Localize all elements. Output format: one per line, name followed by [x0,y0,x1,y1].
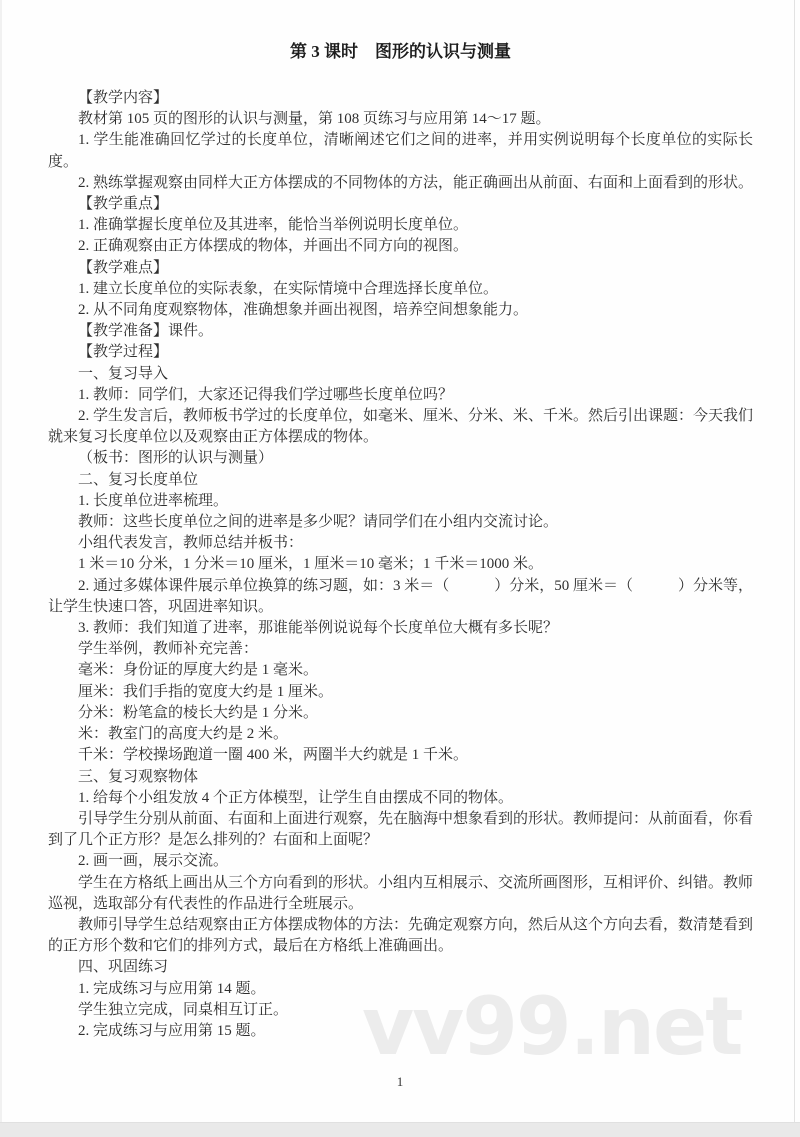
paragraph: 2. 从不同角度观察物体，准确想象并画出视图，培养空间想象能力。 [48,300,753,321]
paragraph: 学生独立完成，同桌相互订正。 [48,1000,753,1021]
document-page: vv99.net 第 3 课时 图形的认识与测量 【教学内容】教材第 105 页… [0,0,800,1137]
paragraph: 【教学过程】 [48,342,753,363]
paragraph: 1. 完成练习与应用第 14 题。 [48,979,753,1000]
paragraph: （板书：图形的认识与测量） [48,448,753,469]
paragraph: 米：教室门的高度大约是 2 米。 [48,724,753,745]
paragraph: 【教学难点】 [48,258,753,279]
paragraph: 1. 教师：同学们，大家还记得我们学过哪些长度单位吗？ [48,385,753,406]
paragraph: 1 米＝10 分米，1 分米＝10 厘米，1 厘米＝10 毫米；1 千米＝100… [48,554,753,575]
paragraph: 分米：粉笔盒的棱长大约是 1 分米。 [48,703,753,724]
paragraph: 一、复习导入 [48,364,753,385]
paragraph: 教材第 105 页的图形的认识与测量，第 108 页练习与应用第 14～17 题… [48,109,753,130]
paragraph: 四、巩固练习 [48,957,753,978]
paragraph: 3. 教师：我们知道了进率，那谁能举例说说每个长度单位大概有多长呢？ [48,618,753,639]
paragraph: 引导学生分别从前面、右面和上面进行观察，先在脑海中想象看到的形状。教师提问：从前… [48,809,753,851]
document-content: 第 3 课时 图形的认识与测量 【教学内容】教材第 105 页的图形的认识与测量… [0,0,800,1042]
document-body: 【教学内容】教材第 105 页的图形的认识与测量，第 108 页练习与应用第 1… [48,88,753,1042]
page-number: 1 [0,1074,800,1090]
paragraph: 厘米：我们手指的宽度大约是 1 厘米。 [48,682,753,703]
paragraph: 1. 长度单位进率梳理。 [48,491,753,512]
paragraph: 学生在方格纸上画出从三个方向看到的形状。小组内互相展示、交流所画图形，互相评价、… [48,873,753,915]
paragraph: 三、复习观察物体 [48,767,753,788]
paragraph: 1. 建立长度单位的实际表象，在实际情境中合理选择长度单位。 [48,279,753,300]
paragraph: 二、复习长度单位 [48,470,753,491]
footer-bar [0,1122,800,1137]
paragraph: 【教学准备】课件。 [48,321,753,342]
page-title: 第 3 课时 图形的认识与测量 [48,40,753,64]
paragraph: 2. 学生发言后，教师板书学过的长度单位，如毫米、厘米、分米、米、千米。然后引出… [48,406,753,448]
paragraph: 教师：这些长度单位之间的进率是多少呢？请同学们在小组内交流讨论。 [48,512,753,533]
paragraph: 1. 给每个小组发放 4 个正方体模型，让学生自由摆成不同的物体。 [48,788,753,809]
paragraph: 【教学重点】 [48,194,753,215]
paragraph: 毫米：身份证的厚度大约是 1 毫米。 [48,660,753,681]
paragraph: 教师引导学生总结观察由正方体摆成物体的方法：先确定观察方向，然后从这个方向去看，… [48,915,753,957]
paragraph: 2. 通过多媒体课件展示单位换算的练习题，如：3 米＝（ ）分米，50 厘米＝（… [48,576,753,618]
paragraph: 千米：学校操场跑道一圈 400 米，两圈半大约就是 1 千米。 [48,745,753,766]
paragraph: 1. 准确掌握长度单位及其进率，能恰当举例说明长度单位。 [48,215,753,236]
paragraph: 2. 完成练习与应用第 15 题。 [48,1021,753,1042]
paragraph: 2. 画一画，展示交流。 [48,851,753,872]
paragraph: 1. 学生能准确回忆学过的长度单位，清晰阐述它们之间的进率，并用实例说明每个长度… [48,130,753,172]
paragraph: 2. 熟练掌握观察由同样大正方体摆成的不同物体的方法，能正确画出从前面、右面和上… [48,173,753,194]
paragraph: 2. 正确观察由正方体摆成的物体，并画出不同方向的视图。 [48,236,753,257]
paragraph: 【教学内容】 [48,88,753,109]
paragraph: 小组代表发言，教师总结并板书： [48,533,753,554]
paragraph: 学生举例，教师补充完善： [48,639,753,660]
